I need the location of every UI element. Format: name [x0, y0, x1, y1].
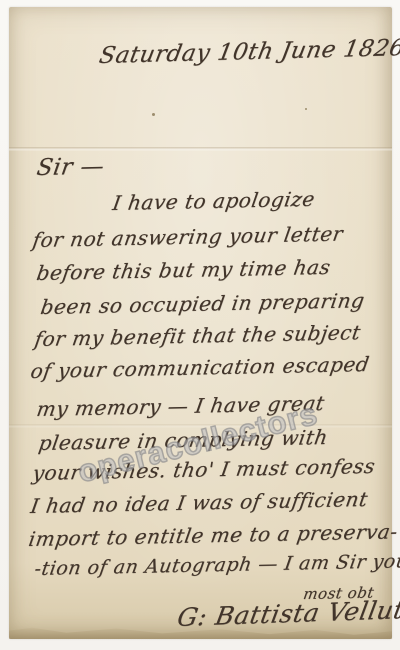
- body-line: for not answering your letter: [31, 222, 345, 252]
- body-line: of your communication escaped: [29, 352, 371, 383]
- ink-speck: [305, 108, 307, 110]
- body-line: I have to apologize: [111, 187, 317, 215]
- body-line: import to entitle me to a preserva-: [27, 519, 400, 551]
- body-line: I had no idea I was of sufficient: [29, 487, 370, 518]
- body-line: pleasure in complying with: [37, 425, 330, 455]
- body-line: been so occupied in preparing: [39, 288, 366, 319]
- body-line: my memory — I have great: [35, 391, 326, 421]
- body-line: for my benefit that the subject: [33, 320, 362, 351]
- date-line: Saturday 10th June 1826: [97, 35, 400, 69]
- ink-speck: [152, 113, 155, 116]
- fold-crease-top: [9, 147, 392, 151]
- letter-photo: Saturday 10th June 1826 Sir — I have to …: [0, 0, 400, 650]
- body-line: -tion of an Autograph — I am Sir your: [33, 550, 400, 580]
- body-line: your wishes. tho' I must confess: [31, 454, 377, 485]
- signature: G: Battista Velluti: [175, 595, 400, 632]
- letter-paper: Saturday 10th June 1826 Sir — I have to …: [9, 7, 392, 639]
- body-line: before this but my time has: [35, 255, 332, 285]
- salutation: Sir —: [35, 154, 106, 181]
